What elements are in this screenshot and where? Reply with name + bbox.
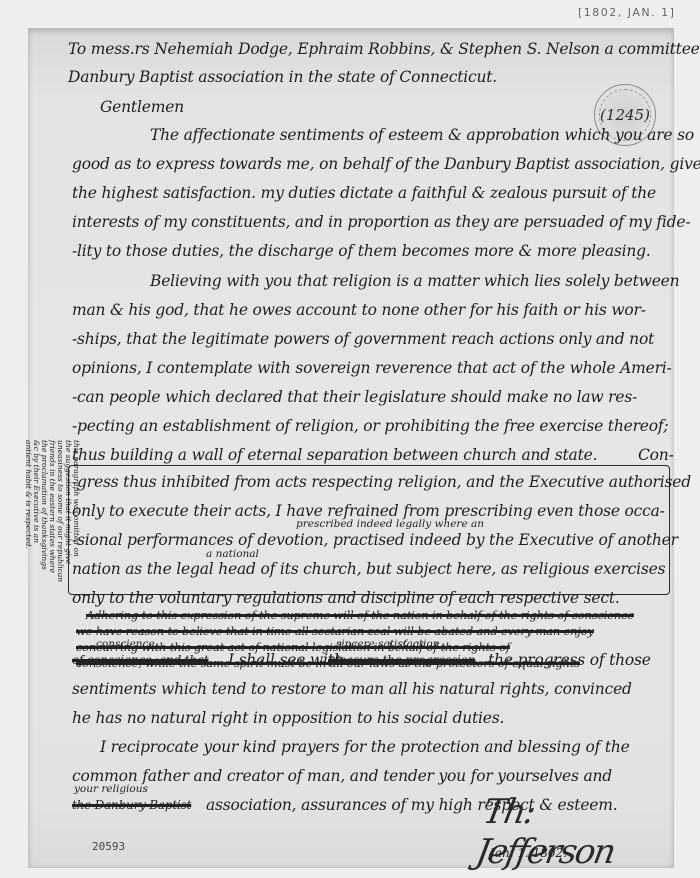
paragraph-2-line: thus building a wall of eternal separati… (72, 446, 597, 464)
margin-note-line: uneasiness to some of our republican (56, 440, 64, 582)
interlinear-insert: prescribed indeed legally where an (296, 518, 484, 530)
salutation: Gentlemen (100, 98, 184, 116)
paragraph-4-line: I reciprocate your kind prayers for the … (100, 738, 630, 756)
margin-note: this paragraph was omitted on the sugges… (24, 440, 104, 590)
paragraph-1-line: the highest satisfaction. my duties dict… (72, 184, 656, 202)
paragraph-2-line: Believing with you that religion is a ma… (150, 272, 679, 290)
paragraph-4-line: common father and creator of man, and te… (72, 767, 612, 785)
paragraph-1-line: good as to express towards me, on behalf… (72, 155, 700, 173)
signature-date: Jan. 1. 1802. (490, 846, 567, 860)
address-line-2: Danbury Baptist association in the state… (68, 68, 497, 86)
paragraph-1-line: interests of my constituents, and in pro… (72, 213, 690, 231)
paragraph-2-line: man & his god, that he owes account to n… (72, 301, 646, 319)
interlinear-insert: a national (206, 548, 259, 560)
boxed-line: only to the voluntary regulations and di… (72, 589, 620, 607)
paragraph-3-line: I shall see with (228, 651, 344, 669)
paragraph-3-line: he has no natural right in opposition to… (72, 709, 504, 727)
paragraph-2-line: -can people which declared that their le… (72, 388, 637, 406)
interlinear-insert: conscience (96, 638, 155, 650)
paragraph-2-line: -pecting an establishment of religion, o… (72, 417, 668, 435)
manuscript-page: (1245) To mess.rs Nehemiah Dodge, Ephrai… (28, 28, 674, 868)
address-line-1: To mess.rs Nehemiah Dodge, Ephraim Robbi… (68, 40, 700, 58)
struck-middle: pleasure the progression (328, 653, 475, 667)
catalog-number: 20593 (92, 840, 125, 853)
paragraph-2-line: -ships, that the legitimate powers of go… (72, 330, 654, 348)
archive-date-note: [1802, JAN. 1] (578, 6, 675, 19)
margin-note-line: the suggestion that it might give (64, 440, 72, 564)
paragraph-3-line: the progress of those (488, 651, 651, 669)
margin-note-line: antient habit & is respected. (24, 440, 32, 549)
boxed-line: nation as the legal head of its church, … (72, 560, 665, 578)
struck-prefix: of conscience, and that (72, 653, 208, 667)
margin-note-line: friends in the eastern states where (48, 440, 56, 573)
margin-note-line: the proclamation of thanksgivings (40, 440, 48, 570)
interlinear-insert: your religious (74, 783, 148, 795)
struck-passage-line: we have reason to believe that in time a… (76, 624, 594, 638)
margin-note-line: &c by their Executive is an (32, 440, 40, 543)
struck-passage-line: Adhering to this expression of the supre… (86, 608, 634, 622)
paragraph-1-line: The affectionate sentiments of esteem & … (150, 126, 694, 144)
paragraph-3-line: sentiments which tend to restore to man … (72, 680, 632, 698)
struck-prefix: the Danbury Baptist (72, 798, 191, 812)
boxed-passage-start: Con- (638, 446, 674, 464)
paragraph-1-line: -lity to those duties, the discharge of … (72, 242, 651, 260)
paragraph-2-line: opinions, I contemplate with sovereign r… (72, 359, 672, 377)
boxed-line: -sional performances of devotion, practi… (72, 531, 678, 549)
boxed-line: -gress thus inhibited from acts respecti… (72, 473, 691, 491)
signature: Th: Jefferson (473, 792, 681, 872)
interlinear-insert: sincere satisfaction (336, 638, 439, 650)
margin-note-line: this paragraph was omitted on (72, 440, 80, 557)
